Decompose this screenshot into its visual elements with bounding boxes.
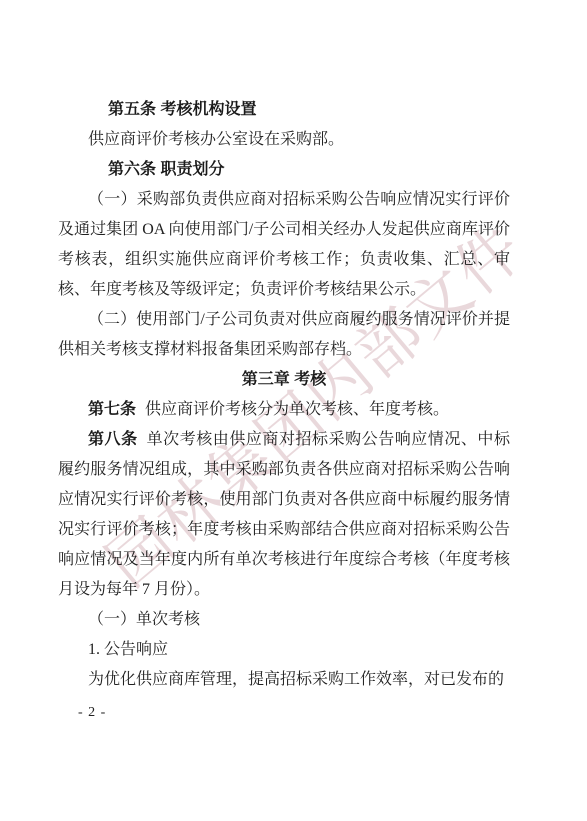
article-number: 第八条 <box>88 431 138 448</box>
paragraph: （二）使用部门/子公司负责对供应商履约服务情况评价并提供相关考核支撑材料报备集团… <box>58 305 510 365</box>
paragraph: 第八条单次考核由供应商对招标采购公告响应情况、中标履约服务情况组成，其中采购部负… <box>58 425 510 605</box>
chapter-heading: 第三章 考核 <box>58 365 510 395</box>
paragraph: 第七条供应商评价考核分为单次考核、年度考核。 <box>58 395 510 425</box>
paragraph: 为优化供应商库管理，提高招标采购工作效率，对已发布的 <box>58 665 510 695</box>
page-number: - 2 - <box>78 705 106 721</box>
list-item-heading: （一）单次考核 <box>58 605 510 635</box>
paragraph: （一）采购部负责供应商对招标采购公告响应情况实行评价及通过集团 OA 向使用部门… <box>58 185 510 305</box>
document-page: 园林集团内部文件 第五条 考核机构设置 供应商评价考核办公室设在采购部。 第六条… <box>0 0 587 821</box>
list-item-heading: 1. 公告响应 <box>58 635 510 665</box>
paragraph-text: 单次考核由供应商对招标采购公告响应情况、中标履约服务情况组成，其中采购部负责各供… <box>58 431 510 598</box>
article-heading-5: 第五条 考核机构设置 <box>58 95 510 125</box>
document-body: 第五条 考核机构设置 供应商评价考核办公室设在采购部。 第六条 职责划分 （一）… <box>58 95 510 695</box>
paragraph-text: 供应商评价考核分为单次考核、年度考核。 <box>145 401 449 418</box>
paragraph: 供应商评价考核办公室设在采购部。 <box>58 125 510 155</box>
article-number: 第七条 <box>88 401 136 418</box>
article-heading-6: 第六条 职责划分 <box>58 155 510 185</box>
